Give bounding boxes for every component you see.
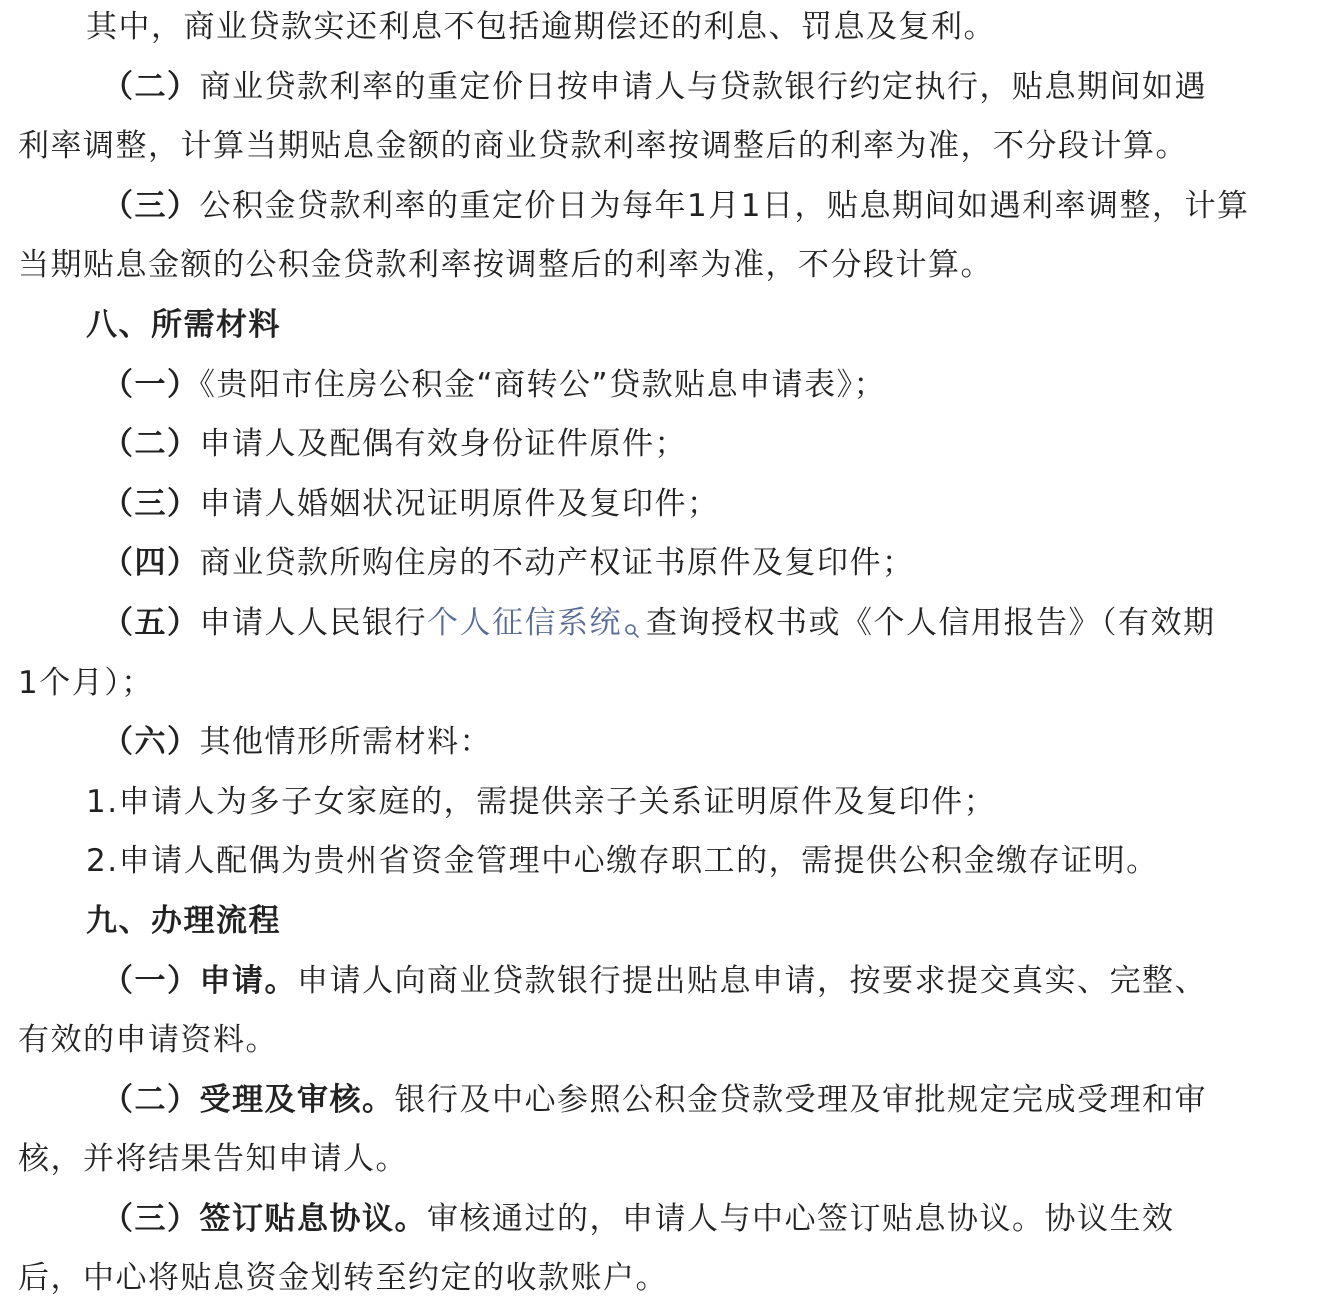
text: 审核通过的，申请人与中心签订贴息协议。协议生效 <box>427 1201 1175 1237</box>
paragraph-line: （三）公积金贷款利率的重定价日为每年1月1日，贴息期间如遇利率调整，计算 <box>18 177 1316 237</box>
paragraph-line: 后，中心将贴息资金划转至约定的收款账户。 <box>18 1249 1316 1308</box>
item-number: （二） <box>102 426 200 462</box>
text: 后，中心将贴息资金划转至约定的收款账户。 <box>18 1260 668 1296</box>
heading-text: 九、办理流程 <box>86 903 281 939</box>
text: 有效的申请资料。 <box>18 1022 278 1058</box>
text: 申请人及配偶有效身份证件原件； <box>200 426 688 462</box>
paragraph-line: 有效的申请资料。 <box>18 1011 1316 1071</box>
item-number: （三） <box>102 188 200 224</box>
paragraph-line: 核，并将结果告知申请人。 <box>18 1130 1316 1190</box>
material-item: （六）其他情形所需材料： <box>18 713 1316 773</box>
text: 银行及中心参照公积金贷款受理及审批规定完成受理和审 <box>395 1082 1208 1118</box>
paragraph-line: 当期贴息金额的公积金贷款利率按调整后的利率为准，不分段计算。 <box>18 236 1316 296</box>
text: 核，并将结果告知申请人。 <box>18 1141 408 1177</box>
text: 商业贷款利率的重定价日按申请人与贷款银行约定执行，贴息期间如遇 <box>200 69 1208 105</box>
paragraph-line: 利率调整，计算当期贴息金额的商业贷款利率按调整后的利率为准，不分段计算。 <box>18 117 1316 177</box>
text: 申请人向商业贷款银行提出贴息申请，按要求提交真实、完整、 <box>297 963 1207 999</box>
credit-system-link[interactable]: 个人征信系统 <box>427 605 622 641</box>
process-step: （二）受理及审核。银行及中心参照公积金贷款受理及审批规定完成受理和审 <box>18 1071 1316 1131</box>
step-title: 受理及审核。 <box>200 1082 395 1118</box>
sub-item: 1.申请人为多子女家庭的，需提供亲子关系证明原件及复印件； <box>18 773 1316 833</box>
document-body: 其中，商业贷款实还利息不包括逾期偿还的利息、罚息及复利。 （二）商业贷款利率的重… <box>0 0 1334 1308</box>
text: 其他情形所需材料： <box>200 724 493 760</box>
heading-text: 八、所需材料 <box>86 307 281 343</box>
item-number: （一） <box>102 963 200 999</box>
process-step: （三）签订贴息协议。审核通过的，申请人与中心签订贴息协议。协议生效 <box>18 1190 1316 1250</box>
item-number: （二） <box>102 1082 200 1118</box>
text: 1.申请人为多子女家庭的，需提供亲子关系证明原件及复印件； <box>86 784 996 820</box>
material-item: （五）申请人人民银行个人征信系统查询授权书或《个人信用报告》（有效期 <box>18 594 1316 654</box>
text: 商业贷款所购住房的不动产权证书原件及复印件； <box>200 545 915 581</box>
item-number: （六） <box>102 724 200 760</box>
step-title: 申请。 <box>200 963 298 999</box>
text: 当期贴息金额的公积金贷款利率按调整后的利率为准，不分段计算。 <box>18 247 993 283</box>
material-item: （四）商业贷款所购住房的不动产权证书原件及复印件； <box>18 534 1316 594</box>
text: 申请人人民银行 <box>200 605 428 641</box>
text: 查询授权书或《个人信用报告》（有效期 <box>646 605 1216 641</box>
sub-item: 2.申请人配偶为贵州省资金管理中心缴存职工的，需提供公积金缴存证明。 <box>18 832 1316 892</box>
search-icon[interactable] <box>624 602 640 620</box>
text: 其中，商业贷款实还利息不包括逾期偿还的利息、罚息及复利。 <box>86 9 996 45</box>
process-step: （一）申请。申请人向商业贷款银行提出贴息申请，按要求提交真实、完整、 <box>18 952 1316 1012</box>
paragraph-line: （二）商业贷款利率的重定价日按申请人与贷款银行约定执行，贴息期间如遇 <box>18 58 1316 118</box>
material-item: （二）申请人及配偶有效身份证件原件； <box>18 415 1316 475</box>
paragraph-line: 1个月）； <box>18 654 1316 714</box>
item-number: （四） <box>102 545 200 581</box>
text: 《贵阳市住房公积金“商转公”贷款贴息申请表》； <box>200 367 887 403</box>
item-number: （一） <box>102 367 200 403</box>
text: 公积金贷款利率的重定价日为每年1月1日，贴息期间如遇利率调整，计算 <box>200 188 1250 224</box>
material-item: （一）《贵阳市住房公积金“商转公”贷款贴息申请表》； <box>18 356 1316 416</box>
material-item: （三）申请人婚姻状况证明原件及复印件； <box>18 475 1316 535</box>
text: 2.申请人配偶为贵州省资金管理中心缴存职工的，需提供公积金缴存证明。 <box>86 843 1159 879</box>
item-number: （二） <box>102 69 200 105</box>
paragraph-line: 其中，商业贷款实还利息不包括逾期偿还的利息、罚息及复利。 <box>18 0 1316 58</box>
text: 申请人婚姻状况证明原件及复印件； <box>200 486 720 522</box>
text: 1个月）； <box>18 665 154 701</box>
text: 利率调整，计算当期贴息金额的商业贷款利率按调整后的利率为准，不分段计算。 <box>18 128 1188 164</box>
item-number: （三） <box>102 486 200 522</box>
item-number: （五） <box>102 605 200 641</box>
section-heading-process: 九、办理流程 <box>18 892 1316 952</box>
step-title: 签订贴息协议。 <box>200 1201 428 1237</box>
item-number: （三） <box>102 1201 200 1237</box>
section-heading-materials: 八、所需材料 <box>18 296 1316 356</box>
